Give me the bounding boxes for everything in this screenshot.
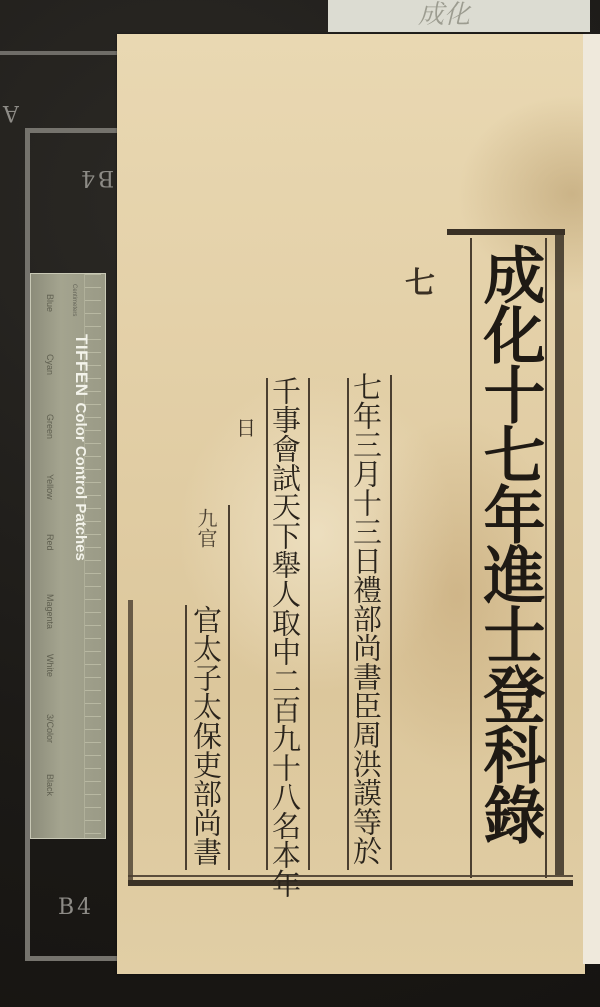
- patch-label: Magenta: [45, 594, 55, 654]
- patch-labels: BlueCyanGreenYellowRedMagentaWhite3/Colo…: [45, 294, 55, 834]
- text-column: 官太子太保吏部尚書: [188, 605, 224, 866]
- board-label-b4-bottom: B4: [58, 895, 94, 920]
- product-name: Color Control Patches: [72, 403, 89, 561]
- torn-fragment-char: 日: [236, 412, 256, 441]
- strip-brand: TIFFENColor Control Patches: [71, 334, 91, 561]
- handwritten-tag: 成化: [328, 0, 590, 32]
- next-page-edge: [583, 34, 600, 964]
- board-label-b4-top: B4: [78, 165, 114, 190]
- patch-label: Red: [45, 534, 55, 594]
- frame-bottom-thin-rule: [128, 875, 573, 877]
- board-label-a: A: [0, 100, 19, 125]
- text-column: 七年三月十三日禮部尚書臣周洪謨等於: [348, 372, 384, 865]
- title-frame-top: [447, 229, 565, 235]
- faded-text: 九官: [193, 508, 219, 548]
- torn-fragment-char: 七: [405, 258, 435, 302]
- patch-label: Blue: [45, 294, 55, 354]
- patch-label: Yellow: [45, 474, 55, 534]
- patch-label: Black: [45, 774, 55, 834]
- patch-label: Green: [45, 414, 55, 474]
- brand-name: TIFFEN: [72, 334, 91, 397]
- patch-label: White: [45, 654, 55, 714]
- ruler-unit-label: Centimeters: [71, 284, 77, 316]
- column-rule: [228, 505, 230, 870]
- patch-label: Cyan: [45, 354, 55, 414]
- board-guide-line: [0, 51, 118, 55]
- frame-left-border: [128, 600, 133, 880]
- column-rule: [390, 375, 392, 870]
- column-rule: [185, 605, 187, 870]
- document-title: 成化十七年進士登科錄: [468, 243, 550, 843]
- tag-text: 成化: [418, 0, 470, 31]
- column-rule: [308, 378, 310, 870]
- patch-label: 3/Color: [45, 714, 55, 774]
- text-column: 千事會試天下舉人取中二百九十八名本年: [267, 376, 303, 898]
- color-control-strip: Centimeters TIFFENColor Control Patches …: [30, 273, 106, 839]
- frame-bottom-border: [128, 880, 573, 886]
- frame-right-border: [555, 235, 564, 875]
